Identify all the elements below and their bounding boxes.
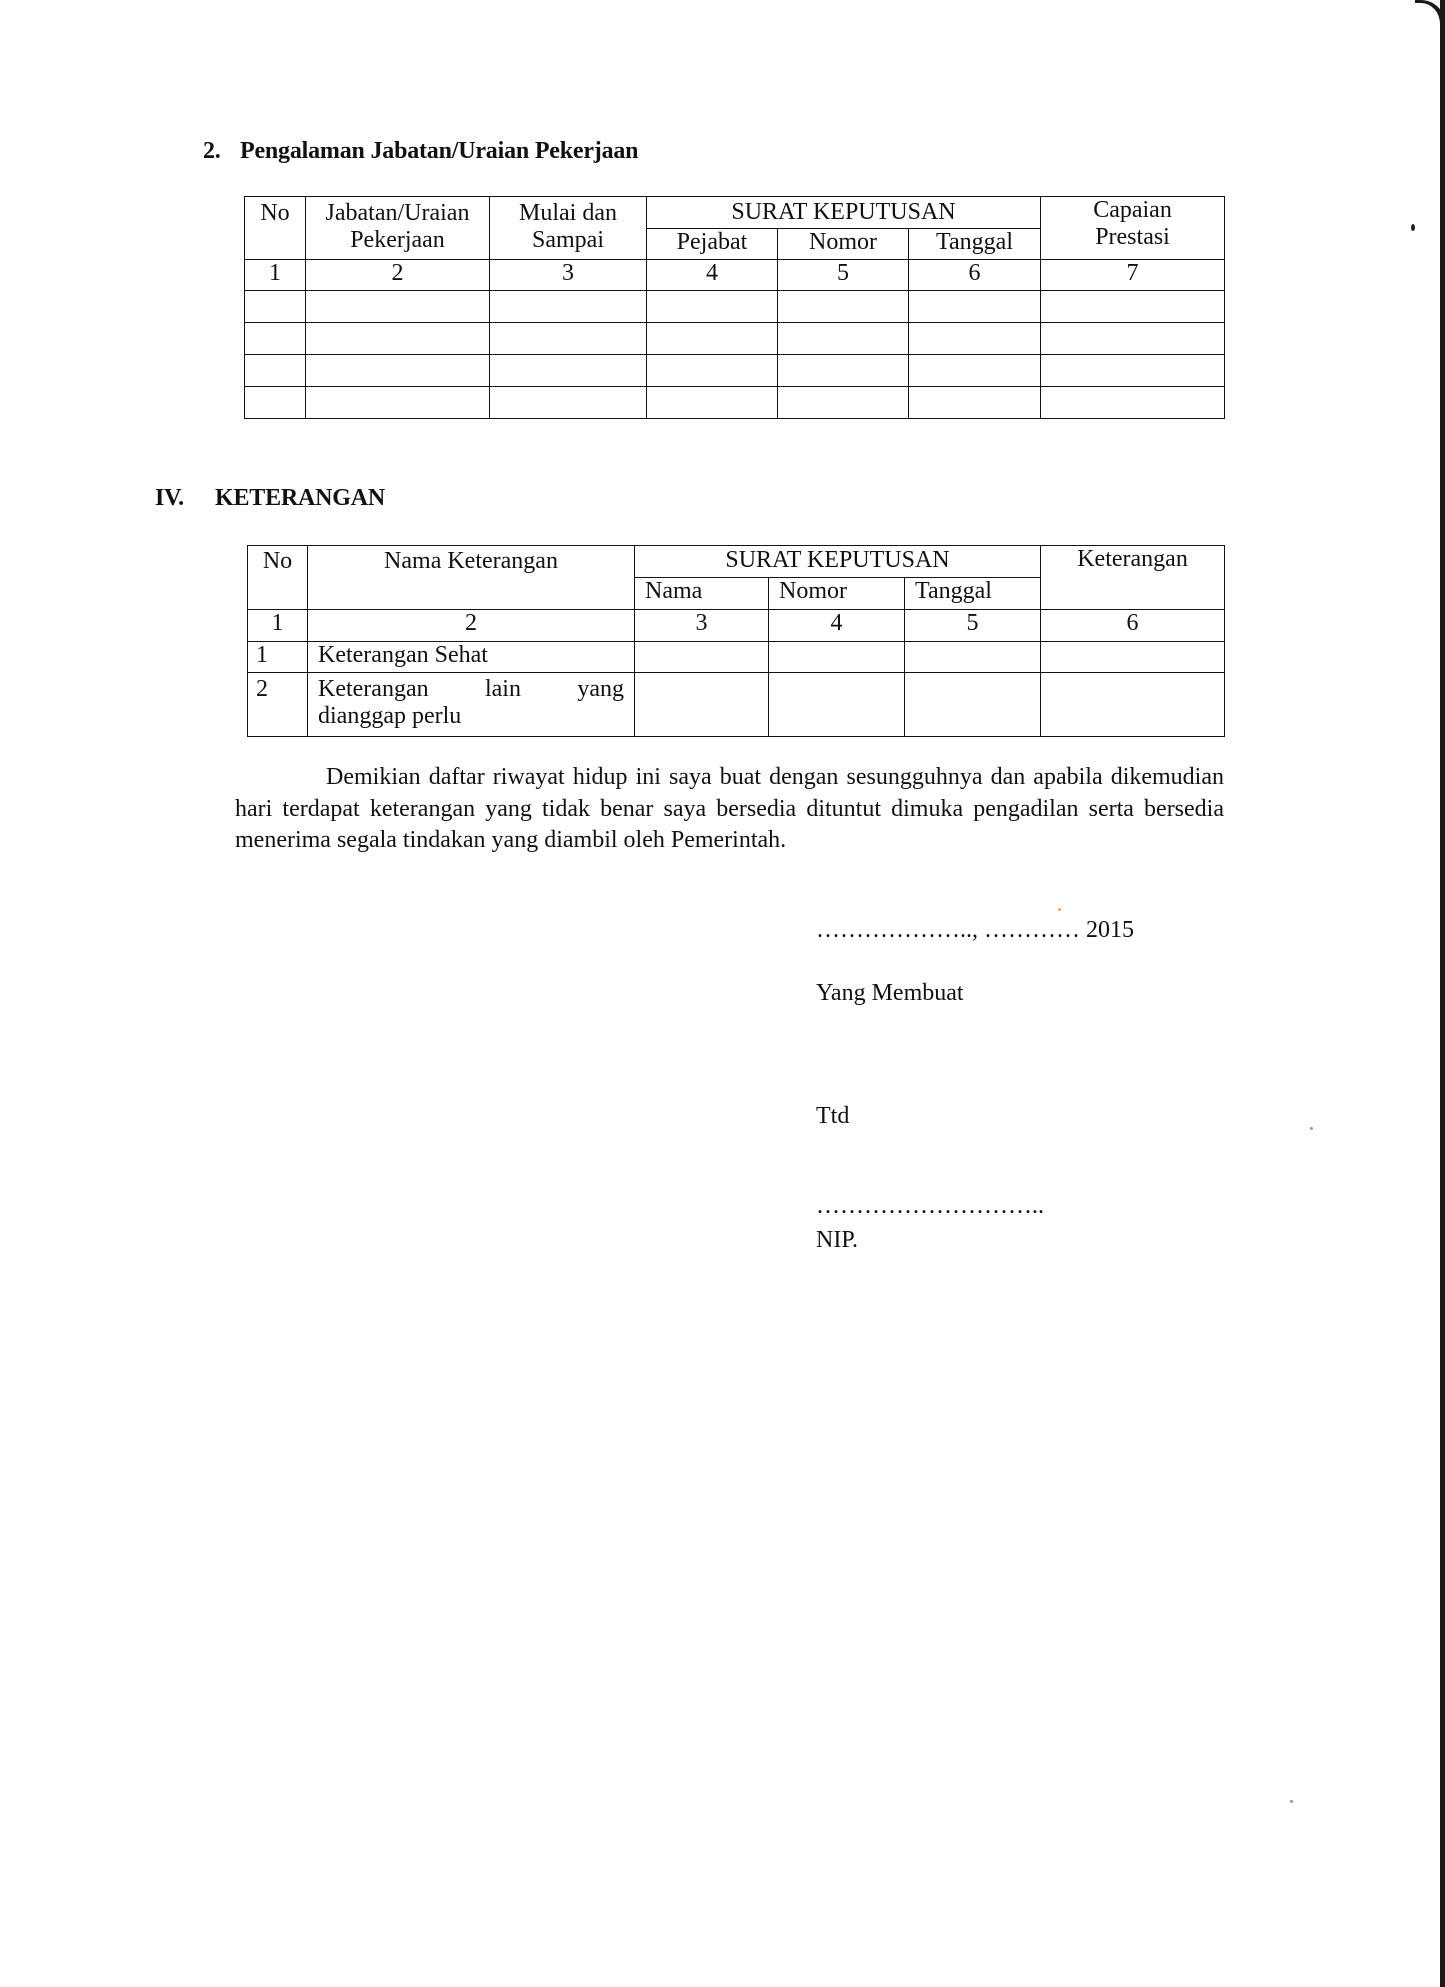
cell (769, 673, 905, 737)
header-nama: Nama (635, 578, 769, 610)
col-num: 1 (245, 260, 306, 291)
cell (306, 355, 490, 387)
header-mulai: Mulai dan Sampai (490, 197, 647, 260)
header-surat-keputusan: SURAT KEPUTUSAN (635, 546, 1041, 578)
section-2-number: 2. (203, 138, 221, 165)
row-nama-keterangan: Keterangan lain yang dianggap perlu (308, 673, 635, 737)
header-nama-keterangan: Nama Keterangan (308, 546, 635, 610)
header-capaian-line2: Prestasi (1041, 224, 1224, 251)
cell (778, 387, 909, 419)
column-number-row: 1 2 3 4 5 6 7 (245, 260, 1225, 291)
table-row: 2 Keterangan lain yang dianggap perlu (248, 673, 1225, 737)
cell (778, 291, 909, 323)
cell (647, 355, 778, 387)
header-keterangan: Keterangan (1041, 546, 1225, 610)
cell (1041, 387, 1225, 419)
row-no: 1 (248, 642, 308, 673)
cell (647, 291, 778, 323)
cell (1041, 291, 1225, 323)
header-jabatan: Jabatan/Uraian Pekerjaan (306, 197, 490, 260)
scan-speck (1290, 1800, 1293, 1803)
row-no: 2 (248, 673, 308, 737)
col-num: 3 (635, 610, 769, 642)
header-capaian: Capaian Prestasi (1041, 197, 1225, 260)
scan-speck (1310, 1127, 1313, 1130)
header-no: No (248, 546, 308, 610)
place-date-line: ……………….., ………… 2015 (816, 917, 1134, 944)
cell (905, 673, 1041, 737)
header-nomor: Nomor (778, 229, 909, 260)
cell (635, 642, 769, 673)
cell (245, 323, 306, 355)
col-num: 6 (909, 260, 1041, 291)
col-num: 5 (778, 260, 909, 291)
cell (1041, 673, 1225, 737)
statement-paragraph: Demikian daftar riwayat hidup ini saya b… (235, 762, 1224, 857)
col-num: 7 (1041, 260, 1225, 291)
cell (647, 323, 778, 355)
header-mulai-line2: Sampai (490, 227, 646, 254)
col-num: 4 (647, 260, 778, 291)
experience-table: No Jabatan/Uraian Pekerjaan Mulai dan Sa… (244, 196, 1225, 419)
header-tanggal: Tanggal (909, 229, 1041, 260)
header-mulai-line1: Mulai dan (490, 200, 646, 227)
col-num: 1 (248, 610, 308, 642)
cell (1041, 642, 1225, 673)
cell (778, 355, 909, 387)
cell (306, 323, 490, 355)
col-num: 2 (308, 610, 635, 642)
column-number-row: 1 2 3 4 5 6 (248, 610, 1225, 642)
signature-ttd: Ttd (816, 1103, 849, 1130)
cell (245, 387, 306, 419)
header-surat-keputusan: SURAT KEPUTUSAN (647, 197, 1041, 229)
table-row: 1 Keterangan Sehat (248, 642, 1225, 673)
header-capaian-line1: Capaian (1041, 197, 1224, 224)
cell (1041, 355, 1225, 387)
cell (490, 291, 647, 323)
signature-nip: NIP. (816, 1227, 858, 1254)
header-tanggal: Tanggal (905, 578, 1041, 610)
row-nama-keterangan-line2: dianggap perlu (308, 703, 634, 730)
signature-name-line: ……………………….. (816, 1193, 1044, 1220)
cell (306, 387, 490, 419)
cell (909, 291, 1041, 323)
cell (909, 355, 1041, 387)
signature-label: Yang Membuat (816, 980, 964, 1007)
header-jabatan-line1: Jabatan/Uraian (306, 200, 489, 227)
table-row (245, 387, 1225, 419)
scan-speck (1058, 908, 1061, 911)
keterangan-table: No Nama Keterangan SURAT KEPUTUSAN Keter… (247, 545, 1225, 737)
header-pejabat: Pejabat (647, 229, 778, 260)
cell (909, 387, 1041, 419)
cell (490, 323, 647, 355)
col-num: 3 (490, 260, 647, 291)
cell (1041, 323, 1225, 355)
header-nomor: Nomor (769, 578, 905, 610)
section-2-title: Pengalaman Jabatan/Uraian Pekerjaan (240, 138, 638, 165)
cell (647, 387, 778, 419)
cell (778, 323, 909, 355)
header-no: No (245, 197, 306, 260)
scan-speck (1411, 224, 1415, 231)
cell (306, 291, 490, 323)
cell (490, 355, 647, 387)
row-nama-keterangan: Keterangan Sehat (308, 642, 635, 673)
table-row (245, 323, 1225, 355)
cell (909, 323, 1041, 355)
cell (490, 387, 647, 419)
header-jabatan-line2: Pekerjaan (306, 227, 489, 254)
section-iv-title: KETERANGAN (215, 485, 385, 512)
col-num: 2 (306, 260, 490, 291)
col-num: 5 (905, 610, 1041, 642)
cell (245, 355, 306, 387)
cell (905, 642, 1041, 673)
cell (635, 673, 769, 737)
row-nama-keterangan-line1: Keterangan lain yang (308, 676, 634, 703)
cell (245, 291, 306, 323)
table-row (245, 291, 1225, 323)
col-num: 4 (769, 610, 905, 642)
page-edge (1440, 0, 1445, 1987)
section-iv-number: IV. (155, 485, 184, 512)
cell (769, 642, 905, 673)
col-num: 6 (1041, 610, 1225, 642)
table-row (245, 355, 1225, 387)
